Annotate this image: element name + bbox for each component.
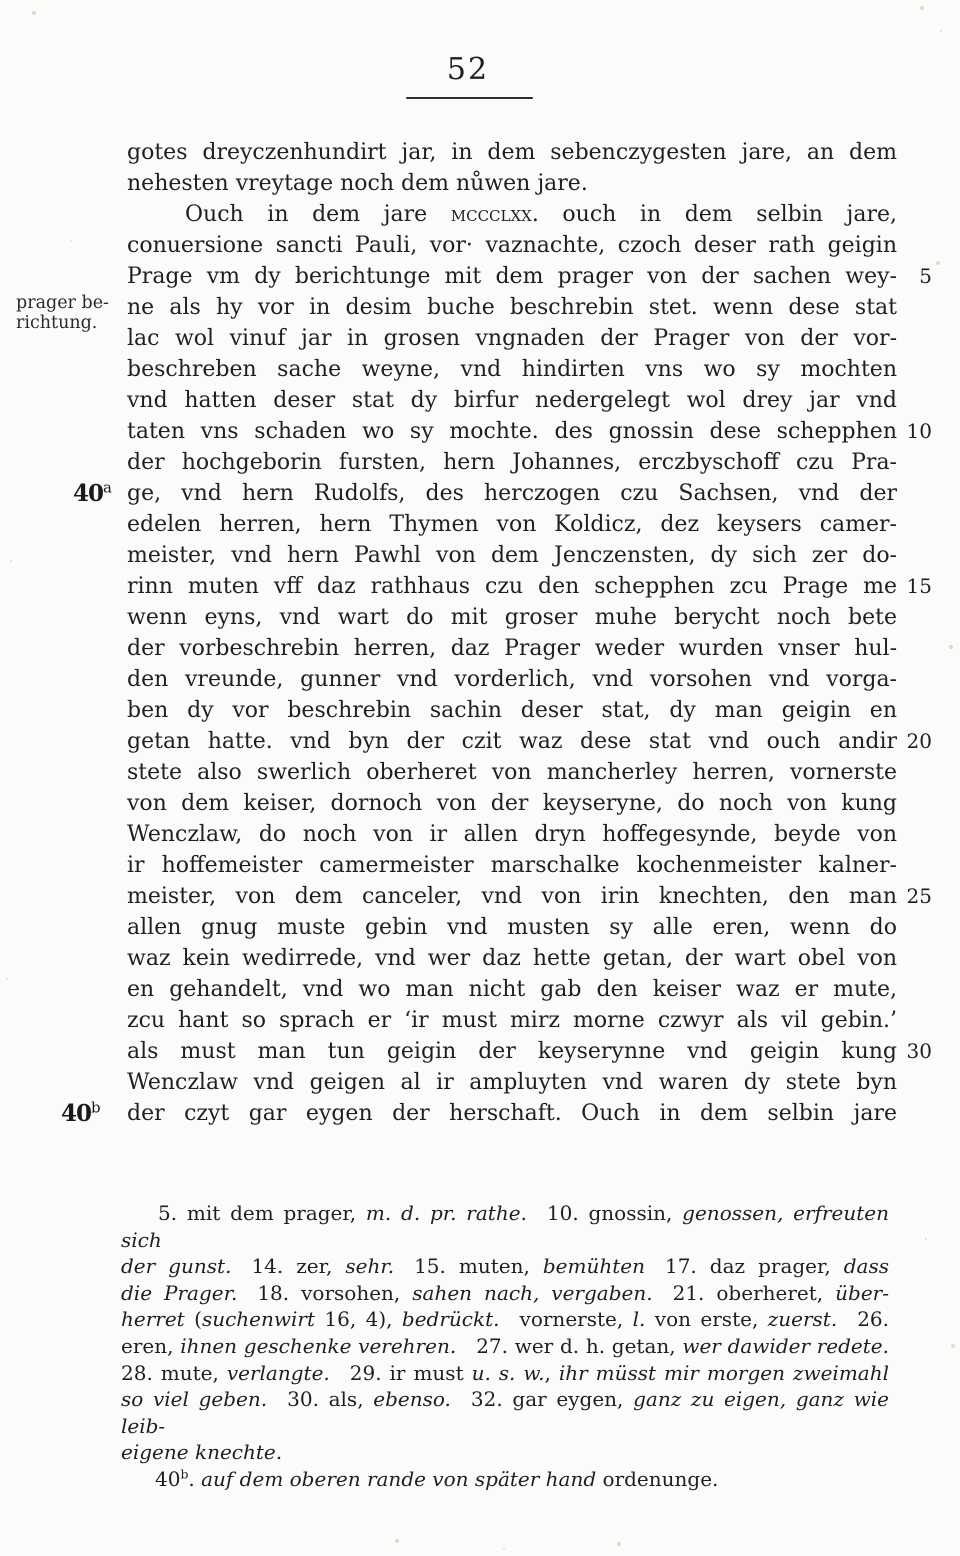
- text-line: stete also swerlich oberheret von manche…: [127, 757, 897, 788]
- margin-note-line: richtung.: [16, 313, 126, 333]
- text-segment: 28. mute,: [121, 1361, 227, 1385]
- text-line: allen gnug muste gebin vnd musten sy all…: [127, 912, 897, 943]
- line-number: 20: [895, 726, 932, 757]
- text-line: wenn eyns, vnd wart do mit groser muhe b…: [127, 602, 897, 633]
- text-line: edelen herren, hern Thymen von Koldicz, …: [127, 509, 897, 540]
- text-segment: 17. daz prager,: [645, 1254, 844, 1278]
- text-line: rinn muten vff daz rathhaus czu den sche…: [127, 571, 897, 602]
- text-line: vnd hatten deser stat dy birfur nedergel…: [127, 385, 897, 416]
- text-line: der czyt gar eygen der herschaft. Ouch i…: [127, 1098, 897, 1129]
- text-segment: der czyt gar eygen der herschaft. Ouch i…: [127, 1101, 897, 1126]
- text-line: gotes dreyczenhundirt jar, in dem sebenc…: [127, 137, 897, 168]
- folio-superscript: b: [91, 1098, 101, 1116]
- text-segment: m. d. pr. rathe.: [366, 1201, 527, 1225]
- text-segment: ir hoffemeister camermeister marschalke …: [127, 853, 897, 878]
- text-line: Ouch in dem jare mccclxx. ouch in dem se…: [127, 199, 897, 230]
- text-segment: getan hatte. vnd byn der czit waz dese s…: [127, 729, 897, 754]
- text-segment: beschreben sache weyne, vnd hindirten vn…: [127, 357, 897, 382]
- text-segment: 14. zer,: [231, 1254, 345, 1278]
- folio-number: 40: [73, 480, 103, 507]
- text-segment: bedrückt.: [402, 1307, 500, 1331]
- text-segment: 40: [155, 1467, 180, 1491]
- text-segment: conuersione sancti Pauli, vor· vaznachte…: [127, 233, 897, 258]
- text-segment: taten vns schaden wo sy mochte. des gnos…: [127, 419, 897, 444]
- text-segment: lac wol vinuf jar in grosen vngnaden der…: [127, 326, 897, 351]
- text-line: 28. mute, verlangte. 29. ir must u. s. w…: [121, 1360, 889, 1387]
- text-segment: mccclxx: [451, 202, 532, 227]
- text-segment: so viel geben.: [121, 1387, 267, 1411]
- text-segment: auf dem oberen rande von später hand: [201, 1467, 596, 1491]
- text-line: ben dy vor beschrebin sachin deser stat,…: [127, 695, 897, 726]
- text-line: conuersione sancti Pauli, vor· vaznachte…: [127, 230, 897, 261]
- text-line: 5. mit dem prager, m. d. pr. rathe. 10. …: [121, 1200, 889, 1253]
- line-number: 5: [895, 261, 932, 292]
- text-line: nehesten vreytage noch dem nůwen jare.: [127, 168, 897, 199]
- text-segment: zcu hant so sprach er ‘ir must mirz morn…: [127, 1008, 897, 1033]
- text-segment: ,: [544, 1361, 558, 1385]
- text-segment: gotes dreyczenhundirt jar, in dem sebenc…: [127, 140, 897, 165]
- text-segment: 30. als,: [267, 1387, 373, 1411]
- text-line: Wenczlaw vnd geigen al ir ampluyten vnd …: [127, 1067, 897, 1098]
- text-line: meister, vnd hern Pawhl von dem Jenczens…: [127, 540, 897, 571]
- text-segment: stete also swerlich oberheret von manche…: [127, 760, 897, 785]
- text-line: Prage vm dy berichtunge mit dem prager v…: [127, 261, 897, 292]
- text-segment: . ouch in dem selbin jare,: [532, 202, 897, 227]
- text-segment: waz kein wedirrede, vnd wer daz hette ge…: [127, 946, 897, 971]
- folio-superscript: a: [103, 478, 112, 496]
- margin-note-line: prager be-: [16, 293, 126, 313]
- text-line: taten vns schaden wo sy mochte. des gnos…: [127, 416, 897, 447]
- text-segment: der vorbeschrebin herren, daz Prager wed…: [127, 636, 897, 661]
- text-line: herret (suchenwirt 16, 4), bedrückt. vor…: [121, 1306, 889, 1333]
- text-line: Wenczlaw, do noch von ir allen dryn hoff…: [127, 819, 897, 850]
- text-line: als must man tun geigin der keyserynne v…: [127, 1036, 897, 1067]
- text-line: lac wol vinuf jar in grosen vngnaden der…: [127, 323, 897, 354]
- text-line: ge, vnd hern Rudolfs, des herczogen czu …: [127, 478, 897, 509]
- text-segment: sahen nach, vergaben.: [412, 1281, 652, 1305]
- main-text: gotes dreyczenhundirt jar, in dem sebenc…: [127, 137, 897, 1129]
- text-segment: verlangte.: [227, 1361, 330, 1385]
- text-line: 40b. auf dem oberen rande von später han…: [121, 1466, 889, 1493]
- text-segment: .: [188, 1467, 201, 1491]
- text-segment: u. s. w.: [472, 1361, 545, 1385]
- text-segment: 27. wer d. h. getan,: [456, 1334, 682, 1358]
- text-segment: suchenwirt: [202, 1307, 315, 1331]
- text-segment: vnd hatten deser stat dy birfur nedergel…: [127, 388, 897, 413]
- text-segment: Prage vm dy berichtunge mit dem prager v…: [127, 264, 897, 289]
- page-number: 52: [0, 52, 936, 87]
- text-segment: ihnen geschenke verehren.: [180, 1334, 456, 1358]
- text-segment: wenn eyns, vnd wart do mit groser muhe b…: [127, 605, 897, 630]
- text-segment: vornerste,: [500, 1307, 633, 1331]
- text-segment: 29. ir must: [330, 1361, 472, 1385]
- text-line: getan hatte. vnd byn der czit waz dese s…: [127, 726, 897, 757]
- text-line: waz kein wedirrede, vnd wer daz hette ge…: [127, 943, 897, 974]
- text-segment: ordenunge.: [596, 1467, 718, 1491]
- text-segment: ihr müsst mir morgen zweimahl: [559, 1361, 889, 1385]
- text-line: zcu hant so sprach er ‘ir must mirz morn…: [127, 1005, 897, 1036]
- text-line: meister, von dem canceler, vnd von irin …: [127, 881, 897, 912]
- text-segment: ebenso.: [373, 1387, 451, 1411]
- text-segment: 26.: [837, 1307, 889, 1331]
- text-segment: edelen herren, hern Thymen von Koldicz, …: [127, 512, 897, 537]
- text-segment: nehesten vreytage noch dem nůwen jare.: [127, 171, 588, 196]
- text-segment: meister, vnd hern Pawhl von dem Jenczens…: [127, 543, 897, 568]
- text-segment: zuerst.: [768, 1307, 837, 1331]
- folio-number: 40: [61, 1100, 91, 1127]
- text-segment: über-: [835, 1281, 889, 1305]
- text-segment: eigene knechte.: [121, 1440, 282, 1464]
- text-segment: der gunst.: [121, 1254, 231, 1278]
- text-segment: allen gnug muste gebin vnd musten sy all…: [127, 915, 897, 940]
- folio-marker-40a: 40a: [73, 478, 112, 509]
- text-line: ne als hy vor in desim buche beschrebin …: [127, 292, 897, 323]
- header-rule: [406, 97, 533, 99]
- text-segment: 15. muten,: [394, 1254, 543, 1278]
- text-segment: bemühten: [543, 1254, 645, 1278]
- folio-marker-40b: 40b: [61, 1098, 101, 1129]
- line-number: 10: [895, 416, 932, 447]
- text-segment: eren,: [121, 1334, 180, 1358]
- text-segment: 16, 4),: [315, 1307, 402, 1331]
- text-line: ir hoffemeister camermeister marschalke …: [127, 850, 897, 881]
- text-segment: 18. vorsohen,: [237, 1281, 412, 1305]
- text-segment: ben dy vor beschrebin sachin deser stat,…: [127, 698, 897, 723]
- text-segment: en gehandelt, vnd wo man nicht gab den k…: [127, 977, 897, 1002]
- scanned-book-page: 52 prager be- richtung. 40a 40b 51015202…: [0, 0, 960, 1556]
- margin-note-prager-berichtung: prager be- richtung.: [16, 293, 126, 333]
- text-segment: von erste,: [645, 1307, 767, 1331]
- text-segment: 32. gar eygen,: [451, 1387, 633, 1411]
- text-segment: 5. mit dem prager,: [158, 1201, 366, 1225]
- text-line: der vorbeschrebin herren, daz Prager wed…: [127, 633, 897, 664]
- footnotes: 5. mit dem prager, m. d. pr. rathe. 10. …: [121, 1200, 889, 1493]
- text-segment: wer dawider redete.: [682, 1334, 889, 1358]
- line-number: 30: [895, 1036, 932, 1067]
- text-segment: (: [185, 1307, 202, 1331]
- text-segment: ne als hy vor in desim buche beschrebin …: [127, 295, 897, 320]
- text-segment: sehr.: [345, 1254, 394, 1278]
- text-segment: den vreunde, gunner vnd vorderlich, vnd …: [127, 667, 897, 692]
- text-segment: Ouch in dem jare: [185, 202, 451, 227]
- text-segment: 10. gnossin,: [527, 1201, 682, 1225]
- text-segment: dass: [844, 1254, 889, 1278]
- text-segment: ge, vnd hern Rudolfs, des herczogen czu …: [127, 481, 897, 506]
- text-segment: 21. oberheret,: [653, 1281, 836, 1305]
- text-segment: meister, von dem canceler, vnd von irin …: [127, 884, 897, 909]
- text-segment: Wenczlaw vnd geigen al ir ampluyten vnd …: [127, 1070, 897, 1095]
- text-segment: von dem keiser, dornoch von der keyseryn…: [127, 791, 897, 816]
- text-line: beschreben sache weyne, vnd hindirten vn…: [127, 354, 897, 385]
- text-line: so viel geben. 30. als, ebenso. 32. gar …: [121, 1386, 889, 1439]
- text-line: von dem keiser, dornoch von der keyseryn…: [127, 788, 897, 819]
- text-segment: als must man tun geigin der keyserynne v…: [127, 1039, 897, 1064]
- text-segment: Wenczlaw, do noch von ir allen dryn hoff…: [127, 822, 897, 847]
- text-line: die Prager. 18. vorsohen, sahen nach, ve…: [121, 1280, 889, 1307]
- text-line: der hochgeborin fursten, hern Johannes, …: [127, 447, 897, 478]
- scan-speckles: [0, 0, 2, 2]
- text-segment: rinn muten vff daz rathhaus czu den sche…: [127, 574, 897, 599]
- text-segment: der hochgeborin fursten, hern Johannes, …: [127, 450, 897, 475]
- text-segment: herret: [121, 1307, 185, 1331]
- text-segment: die Prager.: [121, 1281, 237, 1305]
- text-line: eigene knechte.: [121, 1439, 889, 1466]
- line-number: 25: [895, 881, 932, 912]
- text-line: den vreunde, gunner vnd vorderlich, vnd …: [127, 664, 897, 695]
- text-line: der gunst. 14. zer, sehr. 15. muten, bem…: [121, 1253, 889, 1280]
- text-segment: l.: [633, 1307, 646, 1331]
- text-line: eren, ihnen geschenke verehren. 27. wer …: [121, 1333, 889, 1360]
- line-number: 15: [895, 571, 932, 602]
- text-line: en gehandelt, vnd wo man nicht gab den k…: [127, 974, 897, 1005]
